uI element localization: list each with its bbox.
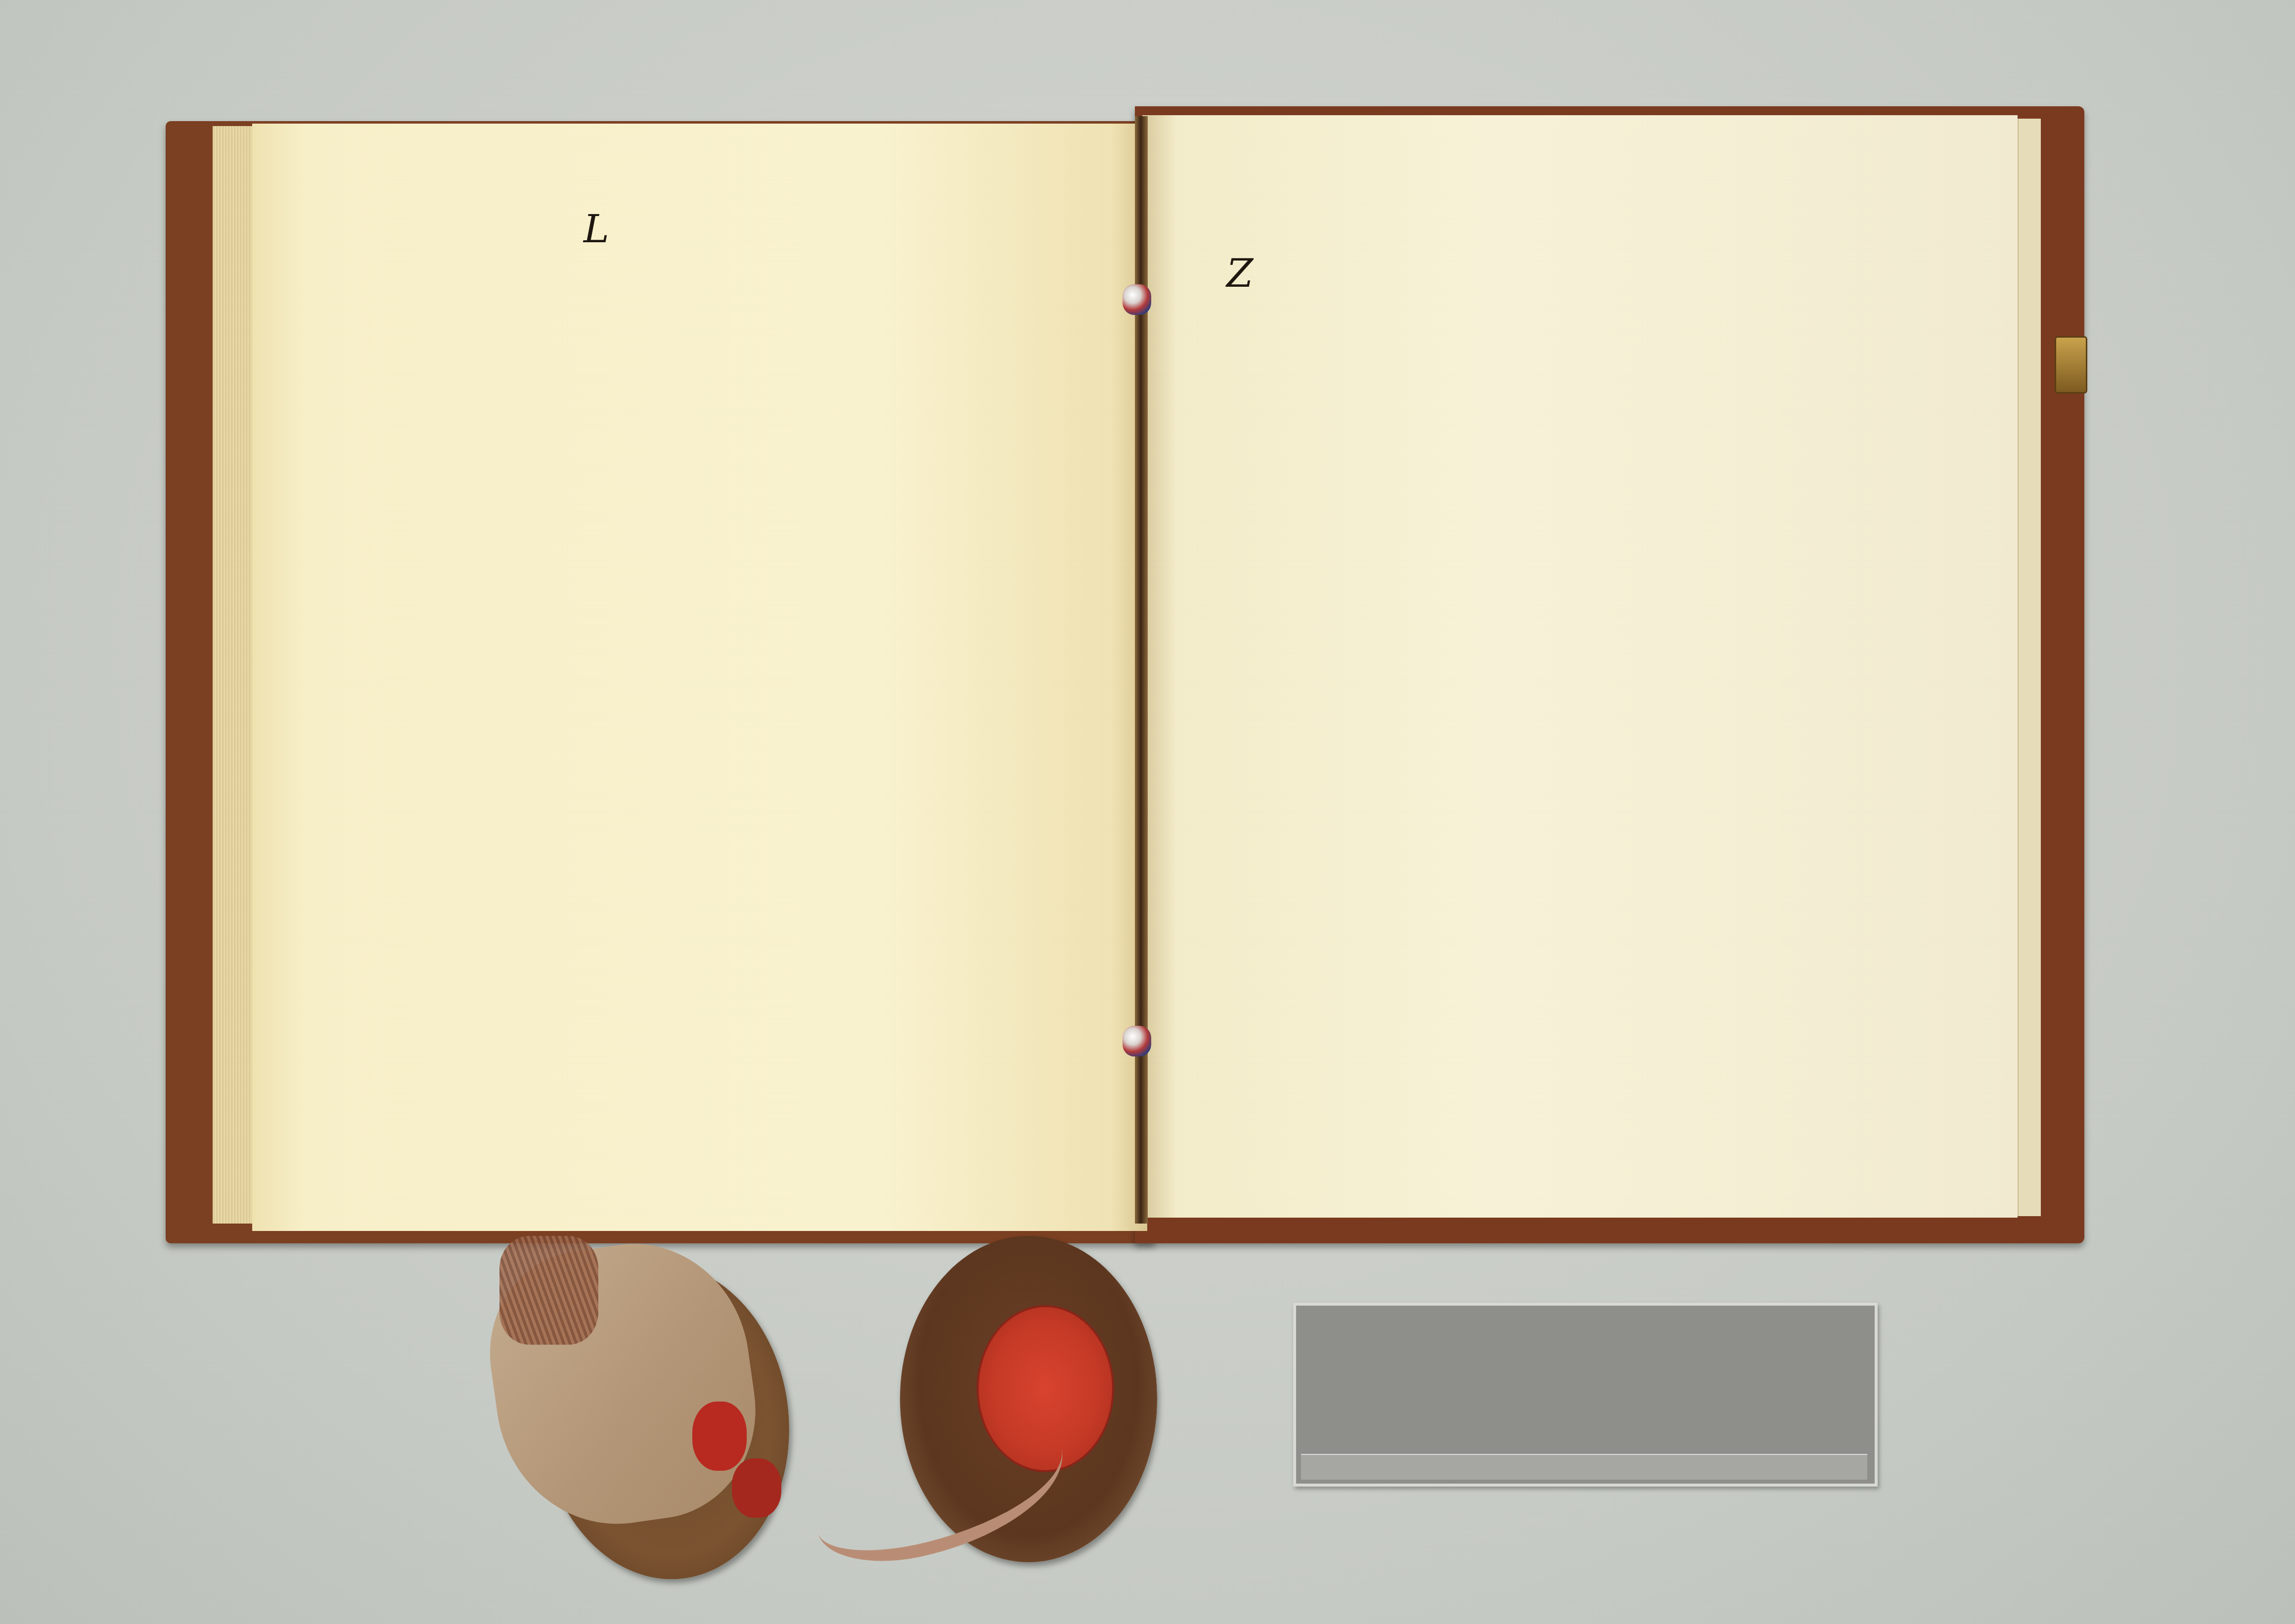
entry-line: Z bbox=[1226, 255, 1255, 293]
gutter bbox=[1135, 116, 1148, 1224]
clasp-icon bbox=[2055, 336, 2087, 394]
wax-fragment bbox=[732, 1458, 781, 1518]
left-page bbox=[252, 124, 1147, 1231]
ruler bbox=[1301, 1454, 1867, 1480]
binding-knot-top bbox=[1123, 284, 1151, 315]
left-heading: L bbox=[584, 210, 610, 249]
wax-fragment bbox=[692, 1402, 747, 1471]
silk-tassel bbox=[499, 1236, 598, 1345]
binding-knot-bottom bbox=[1123, 1026, 1151, 1056]
right-page bbox=[1142, 115, 2018, 1218]
right-page-edge bbox=[2018, 119, 2041, 1216]
open-book bbox=[166, 106, 2084, 1253]
color-control-card bbox=[1293, 1303, 1878, 1487]
